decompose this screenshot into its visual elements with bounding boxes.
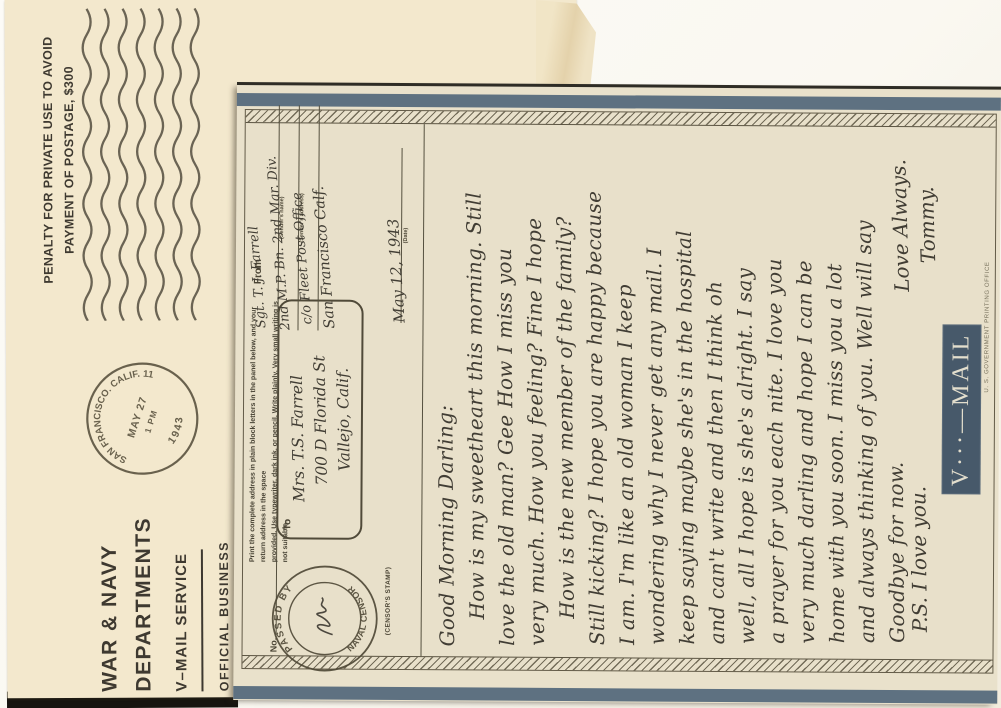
message-line: Still kicking? I hope you are happy beca…: [578, 133, 612, 645]
postmark-stamp-icon: SAN FRANCISCO. CALIF. 11 1943 MAY 27 1 P…: [64, 341, 220, 497]
message-line: Good Morning Darling:: [428, 134, 462, 646]
censor-passed-by-text: PASSED BY: [272, 582, 295, 654]
censor-naval-censor-text: NAVAL CENSOR: [345, 584, 369, 654]
message-line: love the old man? Gee How I miss you: [488, 134, 522, 646]
instructions-line1: Print the complete address in plain bloc…: [247, 290, 271, 562]
message-line: keep saying maybe she's in the hospital: [668, 132, 702, 644]
header-divider-rule: [420, 124, 424, 656]
message-line: very much darling and hope I can be: [788, 131, 822, 643]
corner-card-line1: WAR & NAVY: [93, 502, 128, 692]
hatch-border-right: [246, 110, 996, 128]
to-address-box: To Mrs. T.S. Farrell700 D Florida StVall…: [276, 299, 363, 540]
scanned-vmail-document: WAR & NAVY DEPARTMENTS V–MAIL SERVICE OF…: [0, 0, 1001, 708]
date-section: May 12, 1943 (Date): [385, 148, 410, 323]
corner-card-rule: [201, 549, 204, 691]
message-line: and can't write and then I think oh: [698, 132, 732, 644]
message-line: wondering why I never get any mail. I: [638, 133, 672, 645]
to-address-line: 700 D Florida St: [308, 355, 334, 486]
corner-card-line2: DEPARTMENTS: [127, 502, 162, 692]
censor-signature: [317, 597, 333, 634]
message-line: How is my sweetheart this morning. Still: [458, 134, 492, 646]
postmark-year-text: 1943: [165, 412, 189, 447]
svg-text:NAVAL CENSOR: NAVAL CENSOR: [345, 584, 369, 654]
message-line: I am. I'm like an old woman I keep: [608, 133, 642, 645]
message-line: a prayer for you each nite. I love you: [758, 132, 792, 644]
envelope-flap-corner: [536, 0, 596, 90]
to-address-line: Mrs. T.S. Farrell: [285, 356, 311, 503]
svg-text:PASSED BY: PASSED BY: [272, 582, 295, 654]
censor-stamp-caption: (CENSOR'S STAMP): [385, 555, 393, 647]
sender-city-row: San Francisco Calf.: [318, 106, 343, 331]
message-line: very much. How you feeling? Fine I hope: [518, 134, 552, 646]
cancellation-waves-icon: [81, 5, 208, 321]
letter-closing: Love Always. Tommy.: [885, 149, 943, 300]
message-line: home with you soon. I miss you a lot: [818, 131, 852, 643]
penalty-line2: PAYMENT OF POSTAGE, $300: [59, 7, 81, 313]
message-line: well, all I hope is she's alright. I say: [728, 132, 762, 644]
vmail-form-rotated: No. Print the complete address in plain …: [241, 109, 996, 674]
envelope-corner-card: WAR & NAVY DEPARTMENTS V–MAIL SERVICE OF…: [93, 501, 232, 692]
message-line: How is the new member of the family?: [548, 133, 582, 645]
penalty-line1: PENALTY FOR PRIVATE USE TO AVOID: [38, 7, 60, 313]
corner-card-line4: OFFICIAL BUSINESS: [217, 501, 232, 691]
svg-text:1943: 1943: [165, 412, 189, 447]
letter-body: Good Morning Darling: How is my sweethea…: [428, 131, 912, 647]
vmail-logo: V···—MAIL: [941, 324, 981, 494]
to-address-line: Vallejo, Calif.: [331, 355, 356, 472]
corner-card-line3: V–MAIL SERVICE: [173, 501, 191, 691]
vmail-form: No. Print the complete address in plain …: [241, 109, 996, 674]
penalty-statement: PENALTY FOR PRIVATE USE TO AVOID PAYMENT…: [38, 7, 81, 313]
closing-line1: Love Always.: [885, 150, 916, 301]
to-label: To: [282, 519, 293, 531]
photostat-band-top: [237, 93, 1001, 111]
to-address-lines: Mrs. T.S. Farrell700 D Florida StVallejo…: [285, 355, 357, 503]
closing-line2: Tommy.: [912, 149, 943, 300]
from-section: Sgt. T. J. Farrell (Sender's name) 2nd M…: [258, 105, 343, 331]
photostat-band-bottom: [233, 686, 997, 704]
censor-stamp-icon: PASSED BY NAVAL CENSOR: [264, 558, 385, 679]
letter-postscript: P.S. I love you.: [906, 486, 932, 632]
vmail-letter-sheet: No. Print the complete address in plain …: [233, 82, 1001, 705]
gpo-fine-print: U. S. GOVERNMENT PRINTING OFFICE: [984, 133, 992, 393]
message-line: and always thinking of you. Well will sa…: [848, 131, 882, 643]
